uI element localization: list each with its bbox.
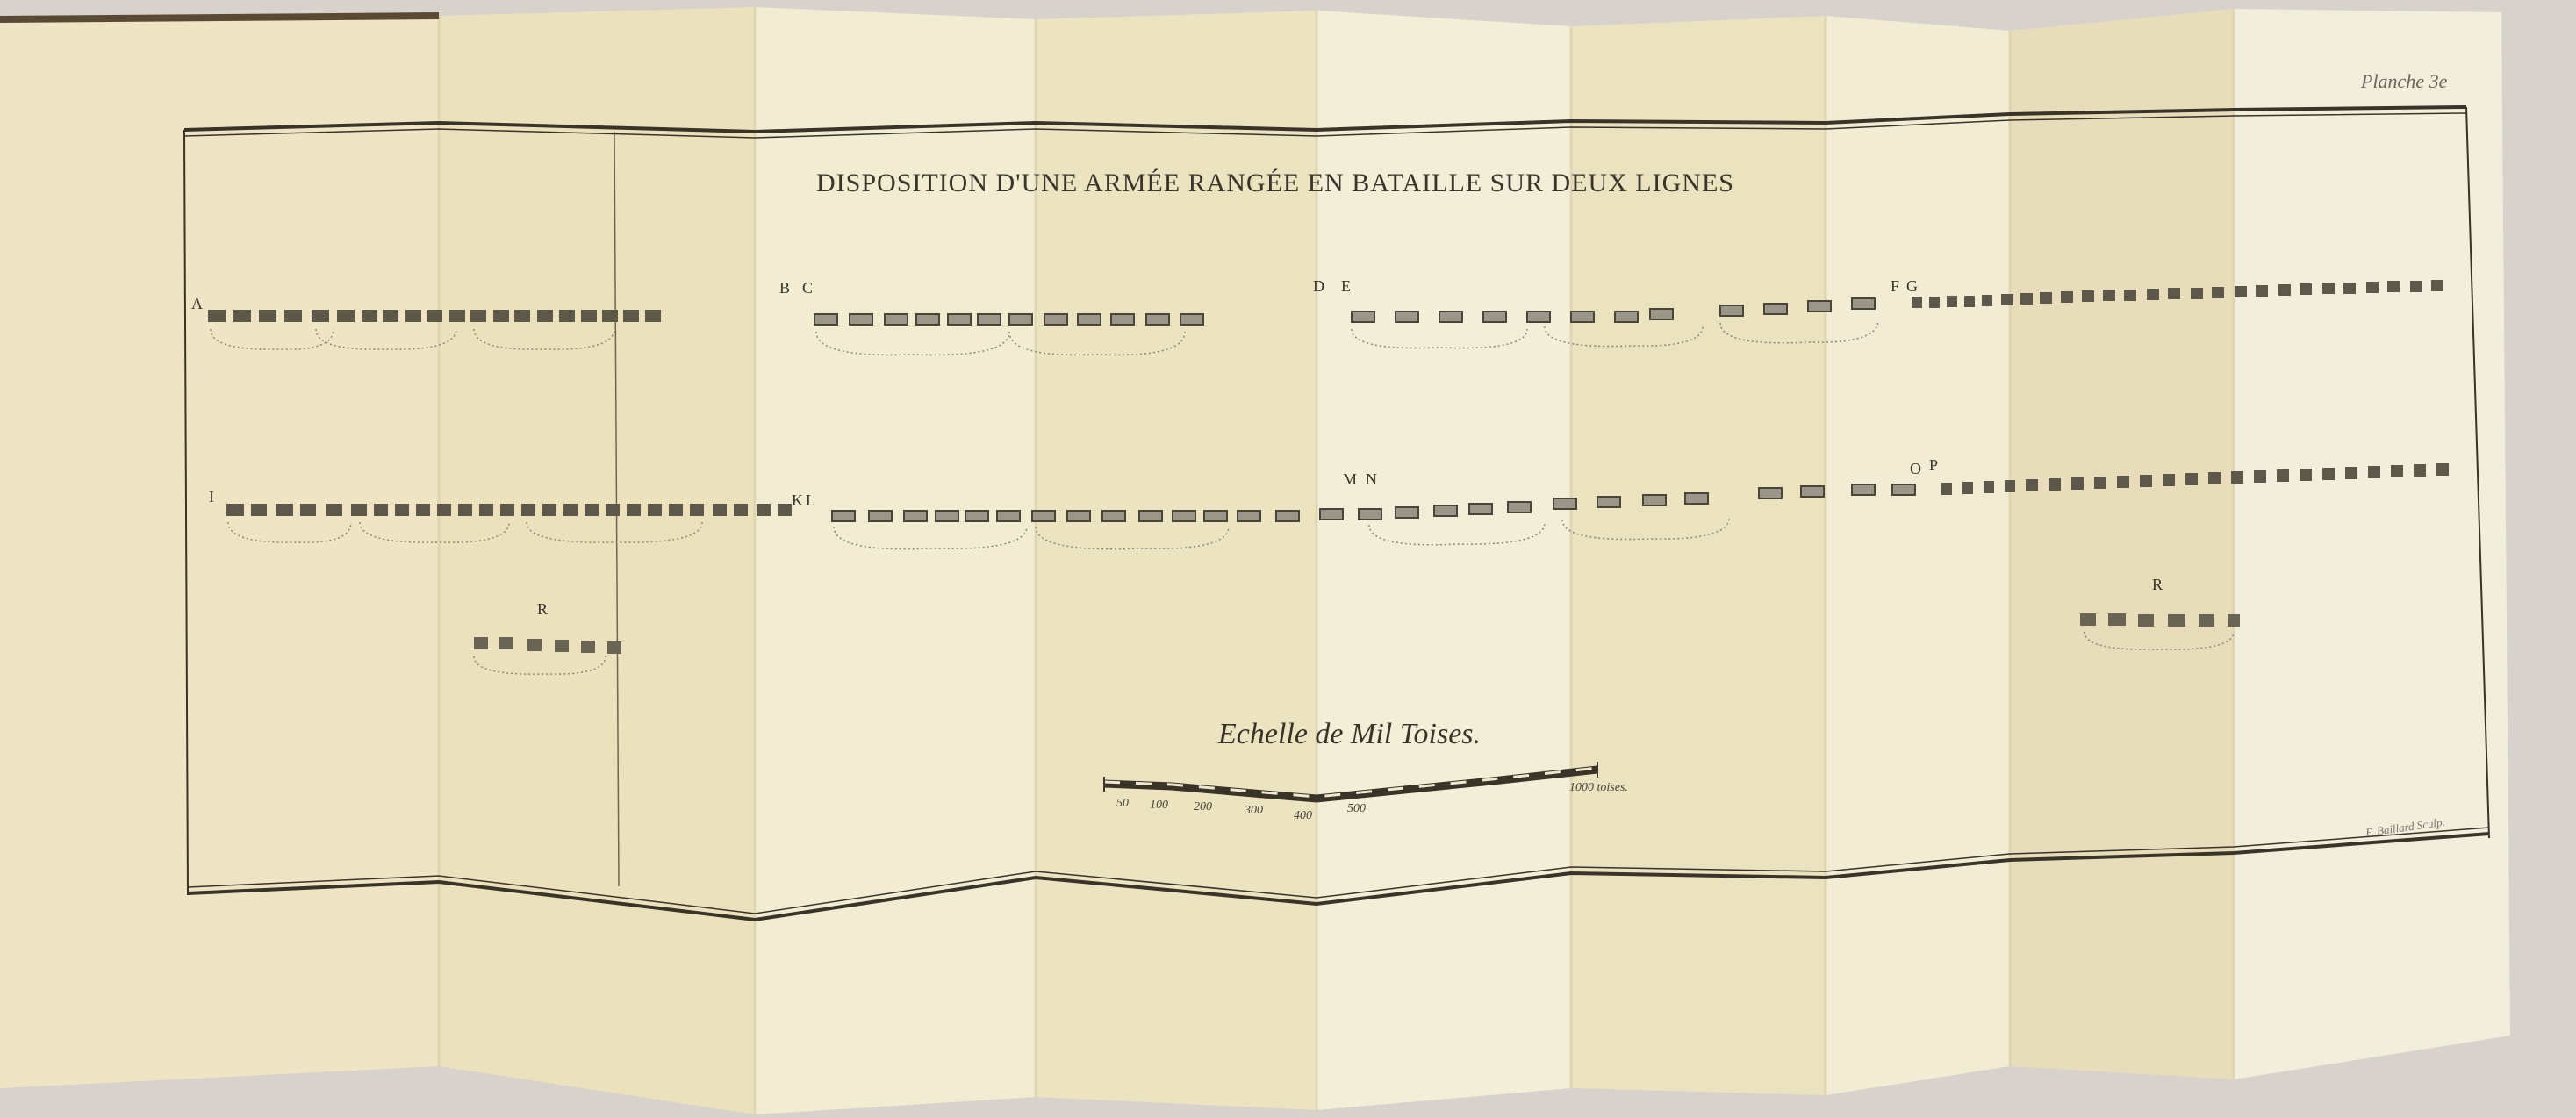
plate-number: Planche 3e [2361,70,2447,93]
point-label-m: M [1343,470,1357,489]
point-label-p: P [1929,456,1938,475]
reserve-label-left: R [537,600,548,619]
point-label-g: G [1906,277,1918,296]
point-label-e: E [1341,277,1351,296]
point-label-i: I [209,488,214,506]
plate-title: DISPOSITION D'UNE ARMÉE RANGÉE EN BATAIL… [816,168,1734,198]
point-label-a: A [191,295,203,313]
scale-tick-300: 300 [1245,804,1263,818]
scale-tick-100: 100 [1150,799,1168,813]
point-label-d: D [1313,277,1324,296]
point-label-f: F [1891,277,1899,296]
point-label-o: O [1910,460,1921,478]
scale-tick-50: 50 [1116,797,1129,811]
reserve-label-right: R [2152,576,2163,594]
scale-tick-500: 500 [1347,802,1366,816]
scale-tick-400: 400 [1294,809,1312,823]
point-label-c: C [802,279,813,297]
scale-title: Echelle de Mil Toises. [1218,718,1481,751]
point-label-b: B [779,279,790,297]
point-label-n: N [1366,470,1377,489]
point-label-l: L [806,491,815,510]
scale-end-label: 1000 toises. [1569,781,1628,795]
scale-tick-200: 200 [1194,800,1212,814]
first-line-infantry-left [208,310,661,322]
point-label-k: K [792,491,803,510]
